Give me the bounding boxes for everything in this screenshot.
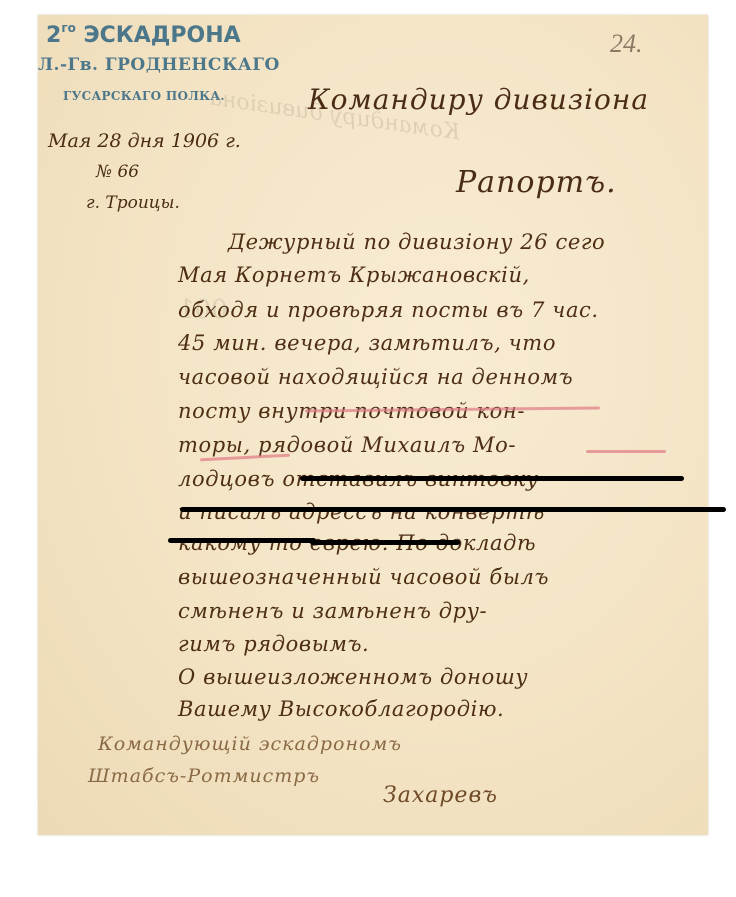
signature-name: Захаревъ — [383, 783, 498, 808]
document-title: Рапортъ. — [456, 165, 617, 200]
red-underline — [586, 450, 666, 453]
body-line: Дежурный по дивизіону 26 сего — [228, 230, 605, 254]
body-line: вышеозначенный часовой былъ — [178, 565, 549, 589]
document-page: Командиру дивизіона 001 2го ЭСКАДРОНА Л.… — [38, 15, 708, 835]
body-line: О вышеизложенномъ доношу — [178, 665, 528, 689]
black-underline — [300, 476, 684, 481]
addressee: Командиру дивизіона — [308, 83, 649, 116]
body-line: гимъ рядовымъ. — [178, 632, 369, 656]
stamp-number: 2 — [46, 23, 61, 48]
stamp-ordinal: го — [61, 21, 76, 35]
black-underline — [168, 538, 316, 543]
black-underline — [310, 540, 460, 545]
stamp-line-hussar: ГУСАРСКАГО ПОЛКА. — [63, 89, 225, 103]
document-number: № 66 — [96, 162, 139, 182]
body-line: и писалъ адрессъ на конвертѣ — [178, 500, 545, 524]
black-underline — [180, 507, 726, 512]
body-line: Мая Корнетъ Крыжановскій, — [178, 263, 530, 287]
body-line: обходя и провѣряя посты въ 7 час. — [178, 298, 599, 322]
body-line: Вашему Высокоблагородію. — [178, 697, 504, 721]
signature-position: Командующій эскадрономъ — [98, 733, 402, 755]
stamp-squadron-word: ЭСКАДРОНА — [84, 23, 241, 48]
page-number: 24. — [610, 29, 643, 59]
document-date: Мая 28 дня 1906 г. — [48, 130, 241, 152]
body-line: смѣненъ и замѣненъ дру- — [178, 599, 487, 623]
document-city: г. Троицы. — [86, 193, 180, 213]
signature-rank: Штабсъ-Ротмистръ — [88, 765, 320, 787]
body-line: торы, рядовой Михаилъ Мо- — [178, 433, 516, 457]
stamp-line-regiment: Л.-Гв. ГРОДНЕНСКАГО — [38, 55, 280, 75]
body-line: часовой находящійся на денномъ — [178, 365, 573, 389]
stamp-line-squadron: 2го ЭСКАДРОНА — [46, 23, 241, 48]
body-line: 45 мин. вечера, замѣтилъ, что — [178, 331, 556, 355]
